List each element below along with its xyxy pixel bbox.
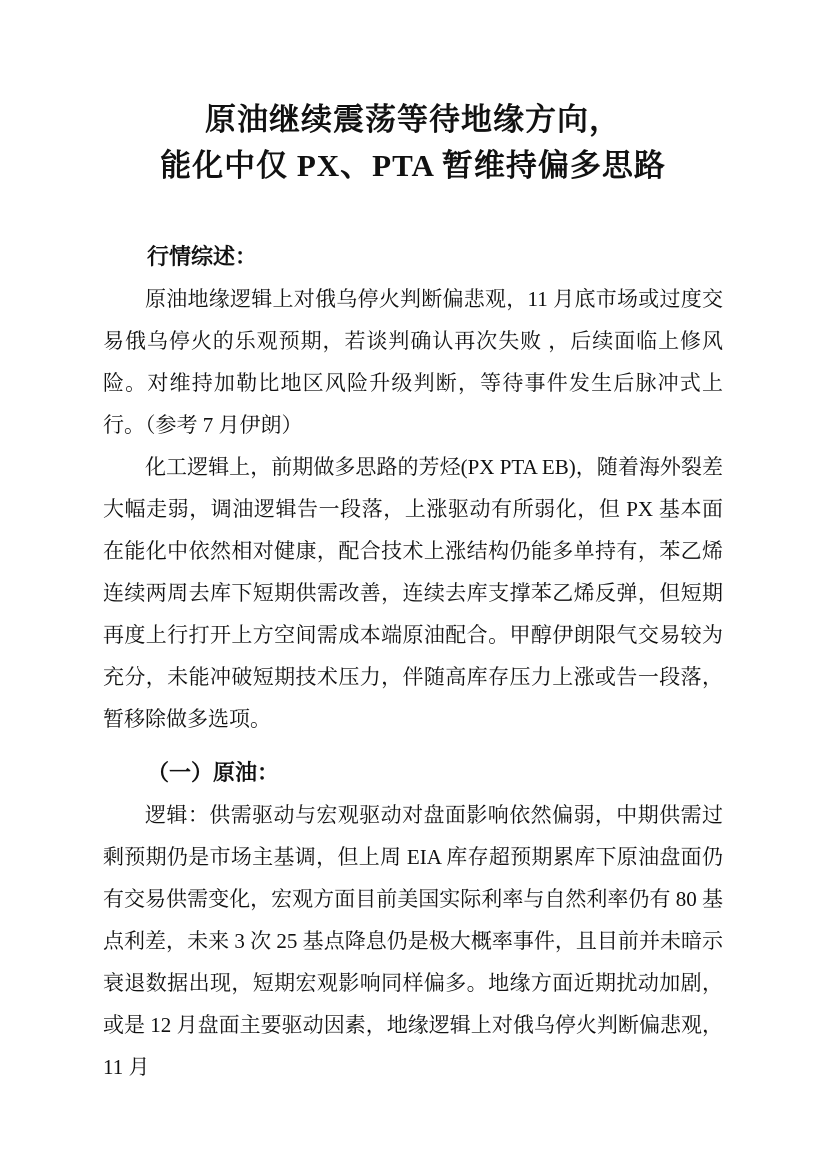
document-title-line-2: 能化中仅 PX、PTA 暂维持偏多思路 xyxy=(103,143,723,189)
heading-crude-oil-section: （一）原油： xyxy=(103,752,723,794)
heading-market-summary: 行情综述： xyxy=(103,236,723,278)
document-title: 原油继续震荡等待地缘方向， 能化中仅 PX、PTA 暂维持偏多思路 xyxy=(103,97,723,189)
market-summary-paragraph-1: 原油地缘逻辑上对俄乌停火判断偏悲观，11 月底市场或过度交易俄乌停火的乐观预期，… xyxy=(103,278,723,446)
document-page: 原油继续震荡等待地缘方向， 能化中仅 PX、PTA 暂维持偏多思路 行情综述： … xyxy=(0,0,826,1169)
market-summary-paragraph-2: 化工逻辑上，前期做多思路的芳烃(PX PTA EB)，随着海外裂差大幅走弱，调油… xyxy=(103,446,723,740)
crude-oil-paragraph-1: 逻辑：供需驱动与宏观驱动对盘面影响依然偏弱，中期供需过剩预期仍是市场主基调，但上… xyxy=(103,794,723,1088)
document-title-line-1: 原油继续震荡等待地缘方向， xyxy=(103,97,723,143)
